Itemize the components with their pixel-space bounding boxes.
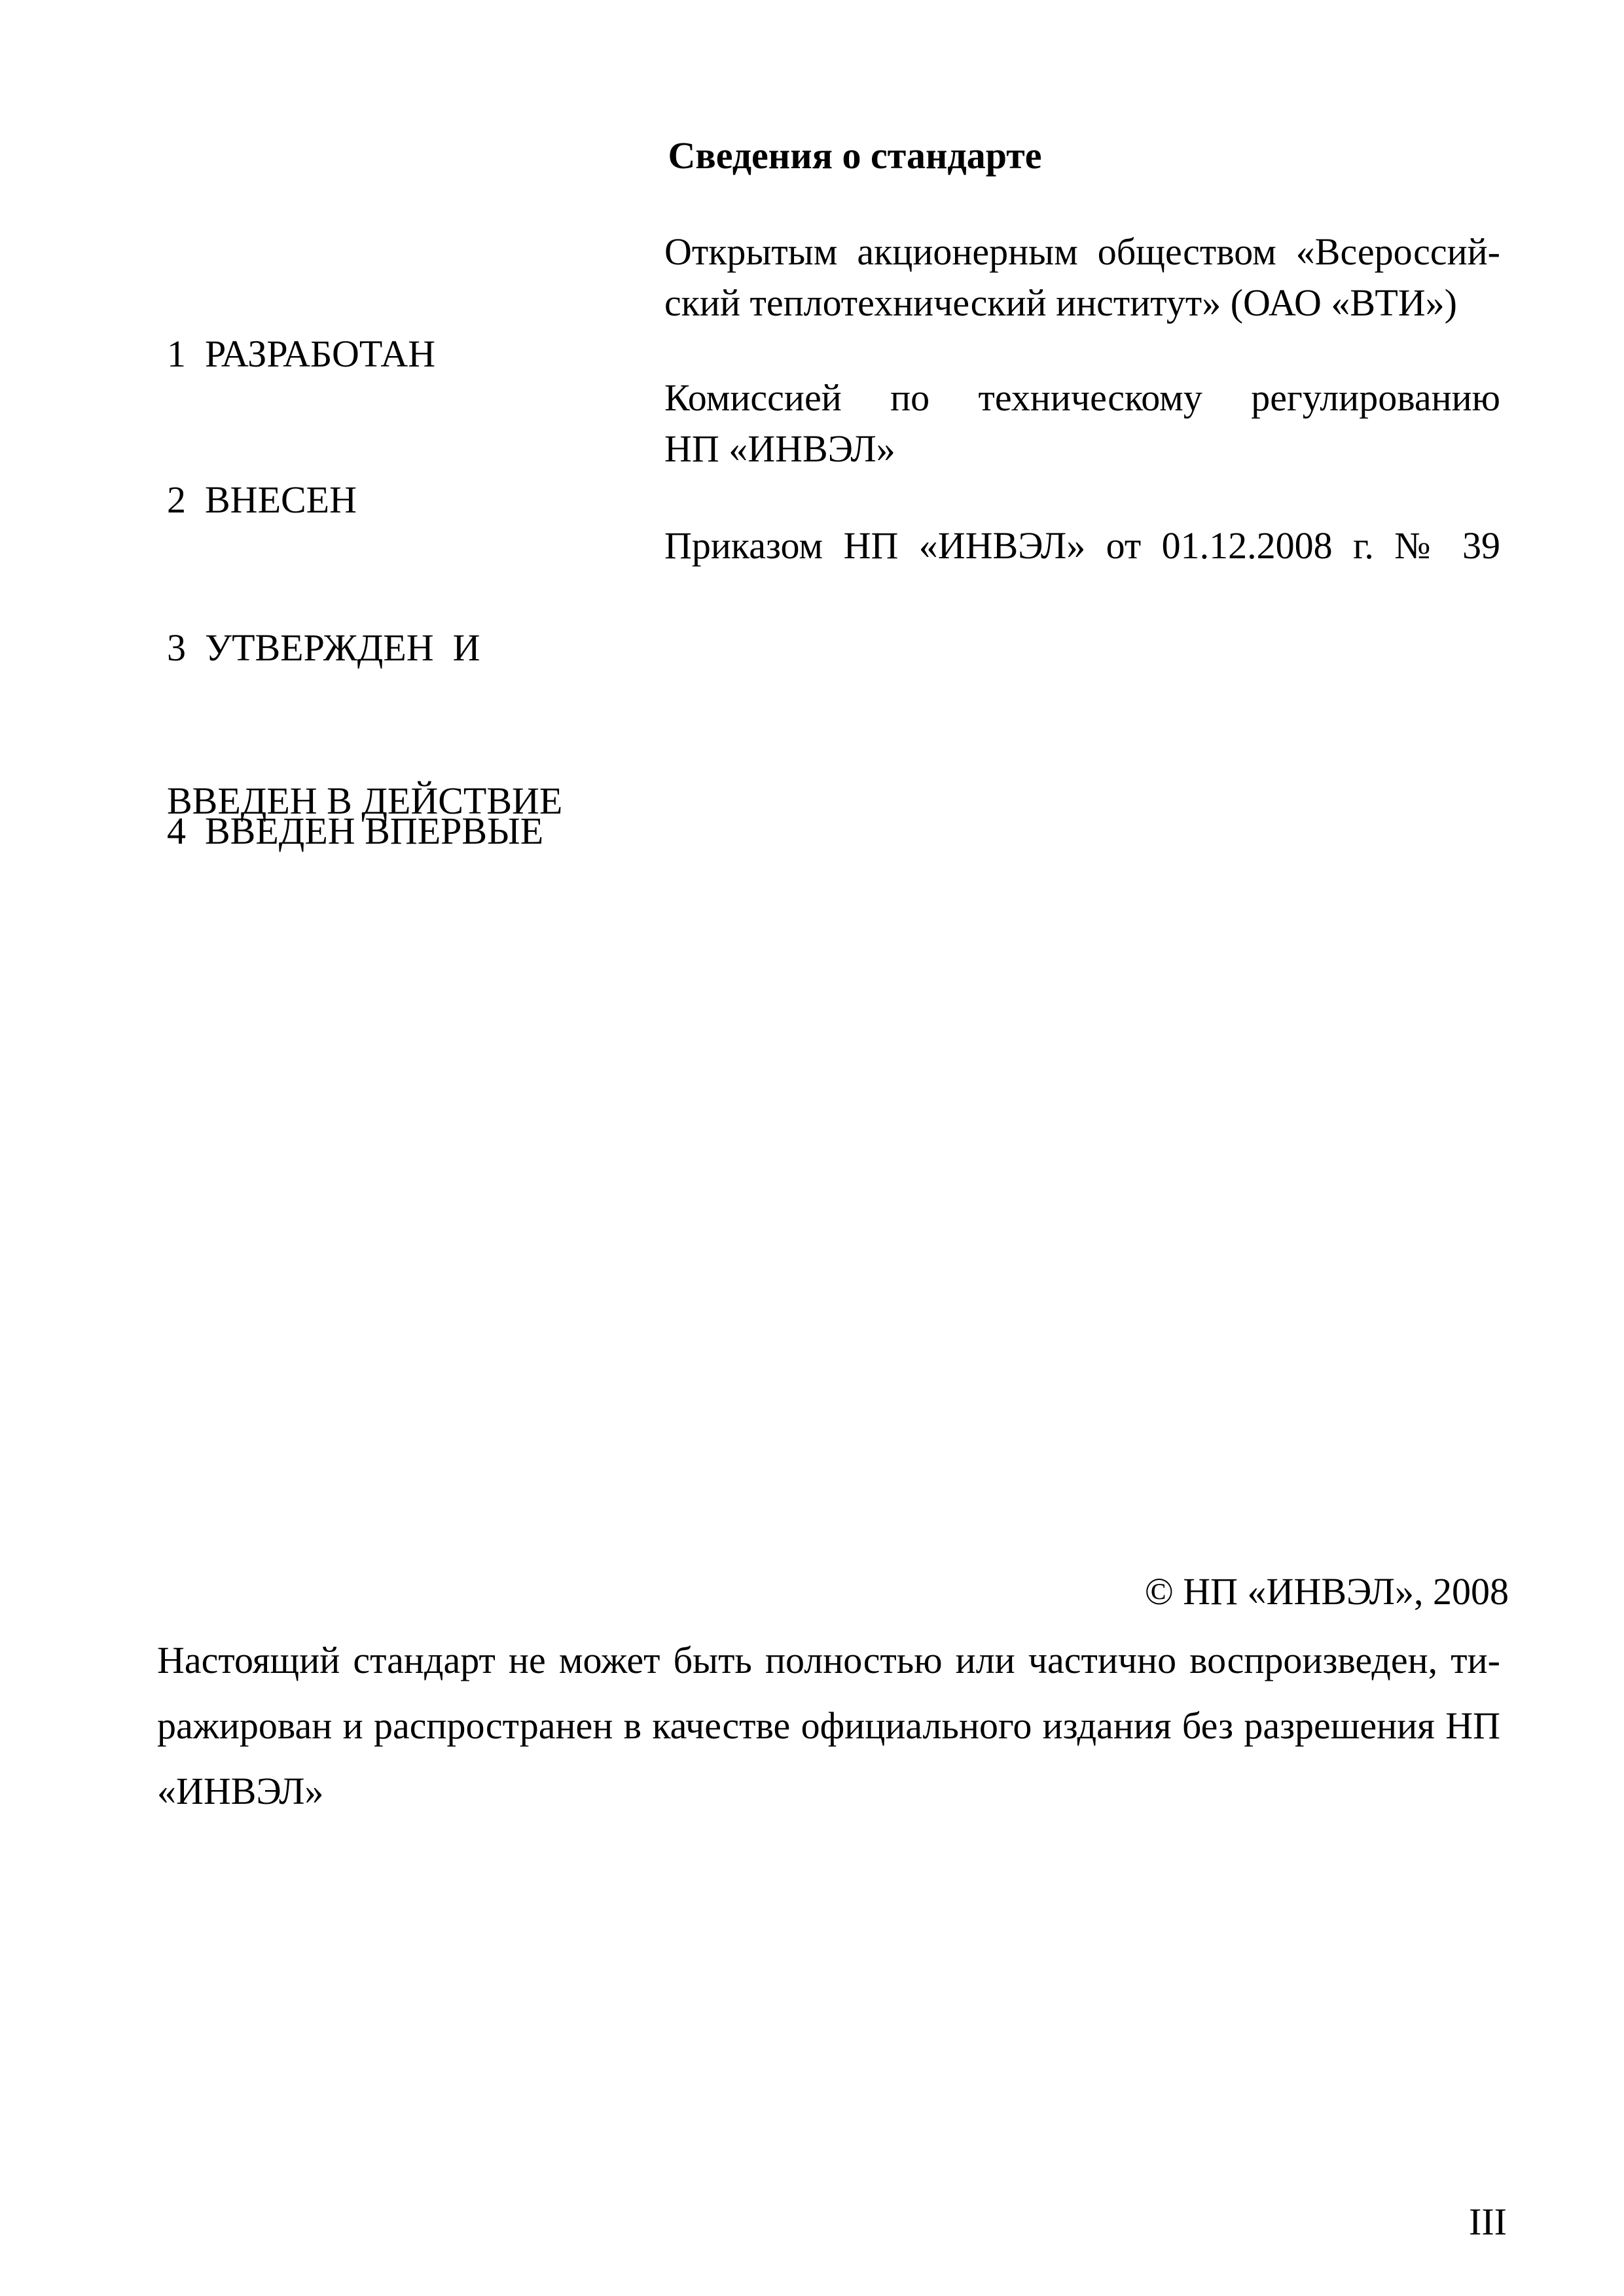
item-label-line: 2 ВНЕСЕН xyxy=(167,475,655,526)
item-value: Приказом НП «ИНВЭЛ» от 01.12.2008 г. № 3… xyxy=(664,520,1500,571)
page-number: III xyxy=(1469,2197,1507,2248)
item-value-line: НП «ИНВЭЛ» xyxy=(664,423,1500,475)
item-value: Открытым акционерным обществом «Всеросси… xyxy=(664,226,1500,329)
item-value-line: ский теплотехнический институт» (ОАО «ВТ… xyxy=(664,278,1500,329)
item-value-line: Приказом НП «ИНВЭЛ» от 01.12.2008 г. № 3… xyxy=(664,520,1500,571)
item-value-line: Комиссией по техническому регулированию xyxy=(664,372,1500,423)
item-value-line: Открытым акционерным обществом «Всеросси… xyxy=(664,226,1500,278)
item-label-line: 4 ВВЕДЕН ВПЕРВЫЕ xyxy=(167,806,655,857)
item-label-line: 3 УТВЕРЖДЕН И xyxy=(167,622,655,673)
reproduction-notice: Настоящий стандарт не может быть полност… xyxy=(157,1628,1500,1824)
notice-line: Настоящий стандарт не может быть полност… xyxy=(157,1628,1500,1693)
document-page: Сведения о стандарте 1 РАЗРАБОТАН Открыт… xyxy=(0,0,1624,2296)
item-value: Комиссией по техническому регулированию … xyxy=(664,372,1500,475)
page-title: Сведения о стандарте xyxy=(183,130,1526,181)
item-label: 4 ВВЕДЕН ВПЕРВЫЕ xyxy=(167,704,655,959)
notice-line: «ИНВЭЛ» xyxy=(157,1759,1500,1824)
notice-line: ражирован и распространен в качестве офи… xyxy=(157,1693,1500,1759)
copyright-line: © НП «ИНВЭЛ», 2008 xyxy=(1145,1566,1509,1617)
